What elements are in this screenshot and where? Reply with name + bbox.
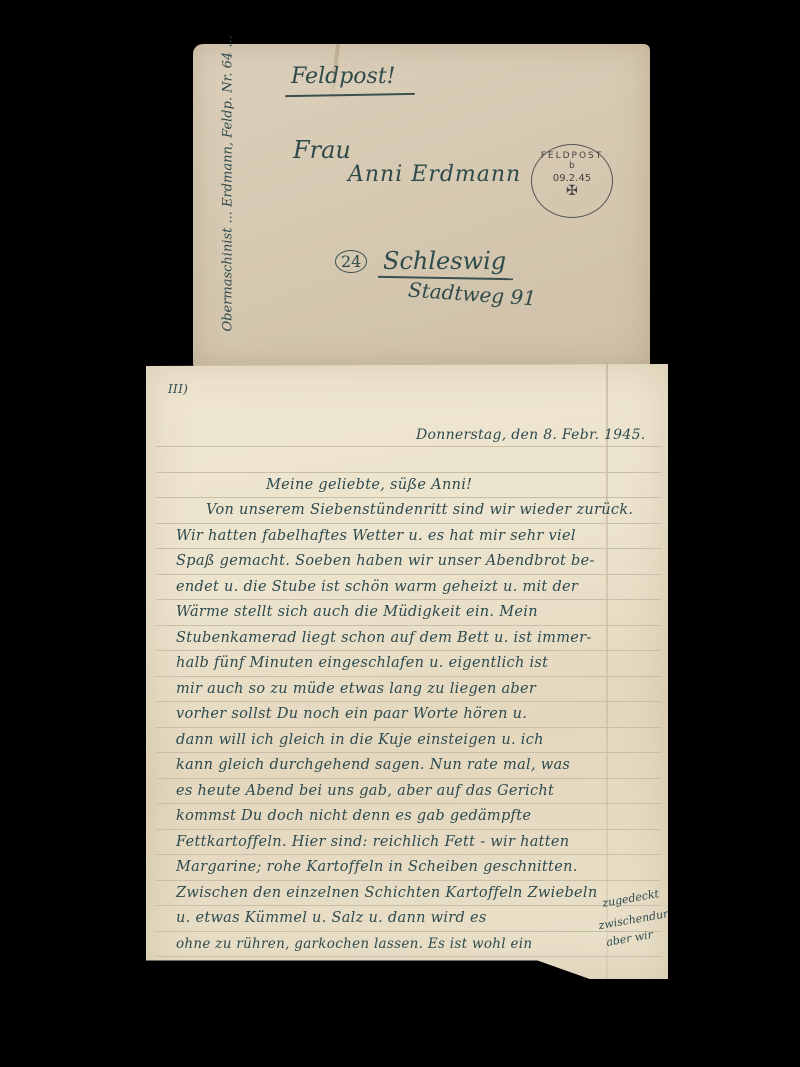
postmark-letter: b (532, 161, 612, 171)
margin-note: zwischendurch (598, 905, 683, 932)
ruled-line (156, 625, 661, 626)
ruled-line (156, 880, 661, 881)
page-mark: III) (168, 382, 188, 396)
postal-zone: 24 (335, 250, 367, 273)
ruled-line (156, 956, 661, 957)
letter-line: mir auch so zu müde etwas lang zu liegen… (176, 681, 536, 697)
ruled-line (156, 752, 661, 753)
ruled-line (156, 727, 661, 728)
margin-note: zugedeckt (601, 887, 660, 910)
ruled-line (156, 446, 661, 447)
letter-line: kann gleich durchgehend sagen. Nun rate … (176, 757, 570, 773)
ruled-line (156, 982, 661, 983)
ruled-line (156, 548, 661, 549)
letter-line: kommst Du doch nicht denn es gab gedämpf… (176, 808, 531, 824)
street: Stadtweg 91 (407, 278, 536, 311)
sender-address: Obermaschinist ... Erdmann, Feldp. Nr. 6… (221, 72, 236, 332)
ruled-line (156, 905, 661, 906)
ruled-line (156, 778, 661, 779)
ruled-line (156, 931, 661, 932)
letter-line: Zwischen den einzelnen Schichten Kartoff… (176, 885, 598, 901)
postmark-title: FELDPOST (532, 151, 612, 161)
letter-line: dann will ich gleich in die Kuje einstei… (176, 732, 544, 748)
ruled-line (156, 1033, 661, 1034)
letter-page: III) Donnerstag, den 8. Febr. 1945. Mein… (146, 364, 668, 979)
recipient-name: Anni Erdmann (348, 162, 521, 187)
letter-line: Spaß gemacht. Soeben haben wir unser Abe… (176, 553, 595, 569)
fold-crease (606, 364, 608, 979)
letter-line: ... ... ... ... (176, 987, 245, 1003)
city: Schleswig (383, 247, 506, 275)
letter-line: Fettkartoffeln. Hier sind: reichlich Fet… (176, 834, 569, 850)
ruled-line (156, 497, 661, 498)
header-underline (285, 93, 415, 97)
date-line: Donnerstag, den 8. Febr. 1945. (416, 427, 646, 443)
letter-line: vorher sollst Du noch ein paar Worte hör… (176, 706, 527, 722)
ruled-line (156, 599, 661, 600)
letter-line: ohne zu rühren, garkochen lassen. Es ist… (176, 936, 532, 952)
ruled-line (156, 854, 661, 855)
greeting: Meine geliebte, süße Anni! (266, 477, 472, 493)
ruled-line (156, 1007, 661, 1008)
ruled-line (156, 472, 661, 473)
feldpost-header: Feldpost! (291, 64, 396, 89)
ruled-line (156, 676, 661, 677)
letter-line: u. etwas Kümmel u. Salz u. dann wird es (176, 910, 487, 926)
ruled-line (156, 523, 661, 524)
letter-line: Stubenkamerad liegt schon auf dem Bett u… (176, 630, 592, 646)
letter-line: es heute Abend bei uns gab, aber auf das… (176, 783, 554, 799)
letter-line: halb fünf Minuten eingeschlafen u. eigen… (176, 655, 548, 671)
ruled-line (156, 650, 661, 651)
letter-line: Gericht. Ich muß sagen, es schmeckt ganz… (176, 961, 507, 977)
ruled-line (156, 574, 661, 575)
letter-line: Margarine; rohe Kartoffeln in Scheiben g… (176, 859, 578, 875)
letter-line: endet u. die Stube ist schön warm geheiz… (176, 579, 578, 595)
letter-line: Von unserem Siebenstündenritt sind wir w… (206, 502, 633, 518)
ruled-line (156, 829, 661, 830)
salutation: Frau (293, 136, 351, 164)
postmark: FELDPOST b 09.2.45 ✠ (531, 144, 613, 218)
letter-line: Wärme stellt sich auch die Müdigkeit ein… (176, 604, 538, 620)
envelope: Feldpost! Frau Anni Erdmann 24 Schleswig… (193, 44, 650, 366)
ruled-line (156, 803, 661, 804)
eagle-emblem-icon: ✠ (532, 184, 612, 198)
ruled-line (156, 701, 661, 702)
letter-line: Wir hatten fabelhaftes Wetter u. es hat … (176, 528, 576, 544)
